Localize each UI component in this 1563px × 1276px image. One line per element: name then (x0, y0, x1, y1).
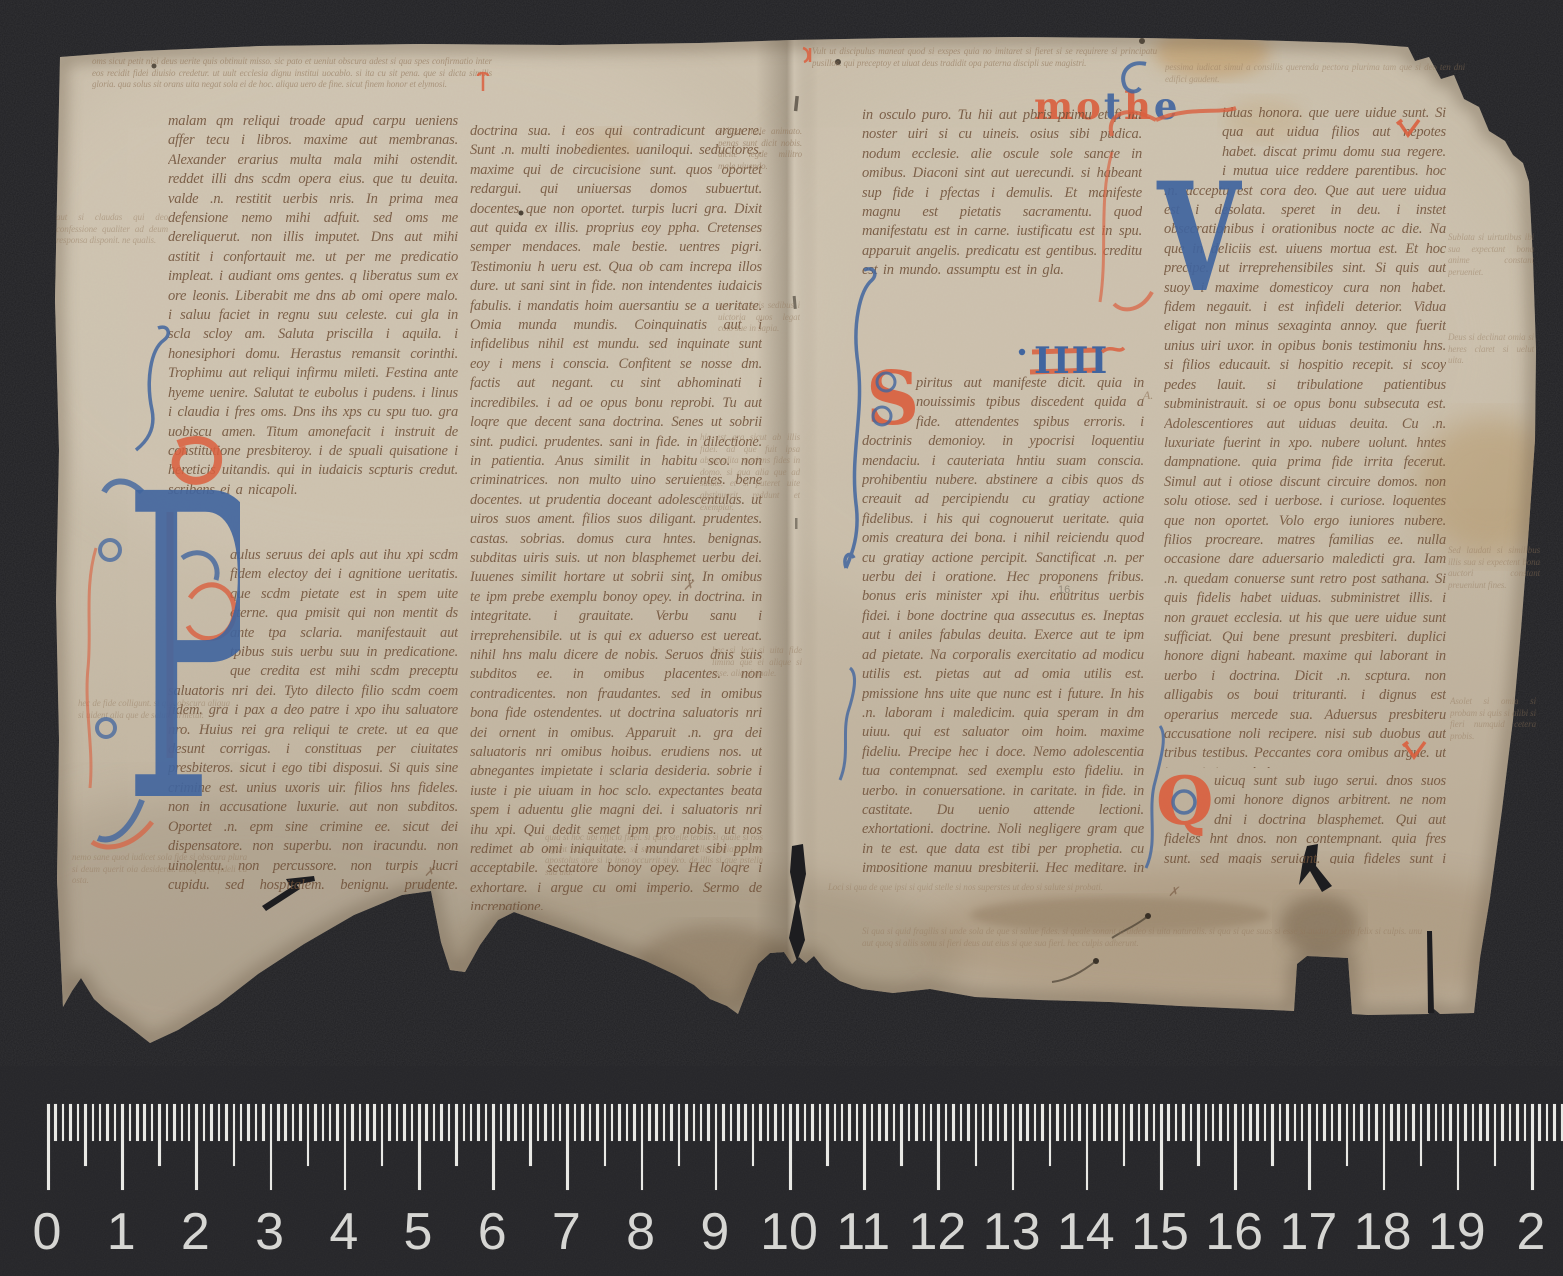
ruler-tick (544, 1104, 547, 1141)
ruler-tick (641, 1104, 644, 1190)
ruler-tick (633, 1104, 636, 1141)
ruler-tick (492, 1104, 495, 1190)
ruler-tick (1071, 1104, 1074, 1141)
ruler-number: 19 (1428, 1206, 1486, 1258)
ruler-tick (1026, 1104, 1029, 1141)
ruler-tick (537, 1104, 540, 1141)
ruler-tick (1360, 1104, 1363, 1141)
ruler-tick (500, 1104, 503, 1141)
ruler-tick (574, 1104, 577, 1141)
ruler-tick (299, 1104, 302, 1141)
ruler-tick (1004, 1104, 1007, 1141)
ruler-tick (507, 1104, 510, 1141)
ruler-tick (655, 1104, 658, 1141)
ruler-tick (247, 1104, 250, 1141)
ruler-number: 18 (1354, 1206, 1412, 1258)
manuscript-photograph: mothe malam qm reliqui troade apud carpu… (0, 0, 1563, 1276)
ruler-tick (1420, 1104, 1423, 1166)
ruler-tick (218, 1104, 221, 1141)
ruler-tick (129, 1104, 132, 1141)
ruler-tick (856, 1104, 859, 1141)
ruler-number: 8 (626, 1206, 655, 1258)
ruler-tick (952, 1104, 955, 1141)
ruler-number: 13 (983, 1206, 1041, 1258)
ruler-tick (1316, 1104, 1319, 1141)
ruler-tick (262, 1104, 265, 1141)
ruler-tick (900, 1104, 903, 1166)
ruler-tick (151, 1104, 154, 1141)
ruler-tick (470, 1104, 473, 1141)
ruler-tick (1190, 1104, 1193, 1141)
ruler-tick (552, 1104, 555, 1141)
ruler-tick (1353, 1104, 1356, 1141)
ruler-number: 7 (552, 1206, 581, 1258)
ruler-tick (893, 1104, 896, 1141)
ruler-tick (1234, 1104, 1237, 1190)
ruler-number: 16 (1205, 1206, 1263, 1258)
ruler-tick (1435, 1104, 1438, 1141)
ruler-tick (1346, 1104, 1349, 1166)
ruler-tick (930, 1104, 933, 1141)
ruler-number: 3 (255, 1206, 284, 1258)
ruler-tick (1494, 1104, 1497, 1166)
ruler-tick (923, 1104, 926, 1141)
ruler-number: 15 (1131, 1206, 1189, 1258)
ruler-tick (759, 1104, 762, 1141)
ruler-tick (796, 1104, 799, 1141)
ruler-tick (1449, 1104, 1452, 1141)
ruler-tick (1331, 1104, 1334, 1141)
ruler-tick (136, 1104, 139, 1141)
ruler-tick (685, 1104, 688, 1141)
ruler-tick (514, 1104, 517, 1141)
ruler-tick (158, 1104, 161, 1166)
ruler-number: 2 (1517, 1206, 1546, 1258)
ruler-tick (1138, 1104, 1141, 1141)
ruler-tick (477, 1104, 480, 1141)
ruler-tick (233, 1104, 236, 1166)
ruler-tick (559, 1104, 562, 1141)
ruler-tick (997, 1104, 1000, 1141)
ruler-tick (240, 1104, 243, 1141)
ruler-tick (84, 1104, 87, 1166)
ruler-tick (1160, 1104, 1163, 1190)
ruler-number: 17 (1279, 1206, 1337, 1258)
ruler-tick (166, 1104, 169, 1141)
ruler-tick (195, 1104, 198, 1190)
ruler-number: 5 (404, 1206, 433, 1258)
ruler-tick (1153, 1104, 1156, 1141)
ruler-tick (351, 1104, 354, 1141)
ruler-tick (804, 1104, 807, 1141)
ruler-tick (1197, 1104, 1200, 1166)
ruler-tick (774, 1104, 777, 1141)
ruler-tick (700, 1104, 703, 1141)
ruler-number: 9 (700, 1206, 729, 1258)
ruler-tick (1294, 1104, 1297, 1141)
ruler-tick (707, 1104, 710, 1141)
ruler-tick (277, 1104, 280, 1141)
ruler-tick (1130, 1104, 1133, 1141)
ruler-tick (982, 1104, 985, 1141)
ruler-number: 6 (478, 1206, 507, 1258)
ruler-tick (596, 1104, 599, 1141)
ruler-tick (1205, 1104, 1208, 1141)
ruler-tick (522, 1104, 525, 1141)
ruler-tick (730, 1104, 733, 1141)
ruler-tick (937, 1104, 940, 1190)
ruler-tick (1078, 1104, 1081, 1141)
ruler-tick (292, 1104, 295, 1141)
ruler-tick (722, 1104, 725, 1141)
ruler-tick (1338, 1104, 1341, 1141)
ruler-tick (1086, 1104, 1089, 1190)
ruler-tick (114, 1104, 117, 1141)
ruler-tick (455, 1104, 458, 1166)
ruler-tick (143, 1104, 146, 1141)
ruler-tick (373, 1104, 376, 1141)
ruler-tick (322, 1104, 325, 1141)
ruler-tick (960, 1104, 963, 1141)
ruler-tick (381, 1104, 384, 1166)
ruler-tick (1093, 1104, 1096, 1141)
ruler-tick (811, 1104, 814, 1141)
ruler-tick (611, 1104, 614, 1141)
ruler-tick (181, 1104, 184, 1141)
ruler-tick (1049, 1104, 1052, 1166)
ruler-tick (1123, 1104, 1126, 1166)
ruler-tick (767, 1104, 770, 1141)
ruler-tick (1405, 1104, 1408, 1141)
ruler-tick (1390, 1104, 1393, 1141)
ruler-tick (945, 1104, 948, 1141)
ruler-tick (1286, 1104, 1289, 1141)
ruler-tick (433, 1104, 436, 1141)
ruler-tick (329, 1104, 332, 1141)
ruler-tick (618, 1104, 621, 1141)
ruler-tick (463, 1104, 466, 1141)
ruler-number: 0 (33, 1206, 62, 1258)
ruler-tick (418, 1104, 421, 1190)
ruler-tick (255, 1104, 258, 1141)
ruler-tick (1546, 1104, 1549, 1141)
ruler-tick (789, 1104, 792, 1190)
ruler-tick (1256, 1104, 1259, 1141)
ruler-tick (403, 1104, 406, 1141)
ruler-tick (566, 1104, 569, 1190)
ruler-number: 1 (107, 1206, 136, 1258)
ruler-tick (1323, 1104, 1326, 1141)
ruler-number: 10 (760, 1206, 818, 1258)
ruler-tick (744, 1104, 747, 1141)
ruler-tick (915, 1104, 918, 1141)
ruler-tick (69, 1104, 72, 1141)
ruler-tick (1219, 1104, 1222, 1141)
measurement-ruler: 0123456789101112131415161718192 (0, 0, 1563, 1276)
ruler-tick (1472, 1104, 1475, 1141)
ruler-tick (1531, 1104, 1534, 1190)
ruler-tick (1012, 1104, 1015, 1190)
ruler-tick (826, 1104, 829, 1166)
ruler-tick (737, 1104, 740, 1141)
ruler-tick (425, 1104, 428, 1141)
ruler-tick (782, 1104, 785, 1141)
ruler-tick (336, 1104, 339, 1141)
ruler-tick (1464, 1104, 1467, 1141)
ruler-tick (1553, 1104, 1556, 1141)
ruler-tick (485, 1104, 488, 1141)
ruler-tick (1115, 1104, 1118, 1141)
ruler-tick (678, 1104, 681, 1166)
ruler-tick (314, 1104, 317, 1141)
ruler-tick (1486, 1104, 1489, 1141)
ruler-tick (188, 1104, 191, 1141)
ruler-tick (871, 1104, 874, 1141)
ruler-tick (1227, 1104, 1230, 1141)
ruler-tick (1375, 1104, 1378, 1141)
ruler-tick (1041, 1104, 1044, 1141)
ruler-tick (307, 1104, 310, 1166)
ruler-tick (1442, 1104, 1445, 1141)
ruler-tick (366, 1104, 369, 1141)
ruler-number: 4 (329, 1206, 358, 1258)
ruler-tick (1516, 1104, 1519, 1141)
ruler-tick (121, 1104, 124, 1190)
ruler-tick (1064, 1104, 1067, 1141)
ruler-tick (1271, 1104, 1274, 1166)
ruler-tick (878, 1104, 881, 1141)
ruler-tick (863, 1104, 866, 1190)
ruler-number: 12 (908, 1206, 966, 1258)
ruler-tick (1167, 1104, 1170, 1141)
ruler-tick (448, 1104, 451, 1141)
ruler-tick (1368, 1104, 1371, 1141)
ruler-tick (848, 1104, 851, 1141)
ruler-tick (1242, 1104, 1245, 1141)
ruler-tick (77, 1104, 80, 1141)
ruler-tick (1019, 1104, 1022, 1141)
ruler-tick (693, 1104, 696, 1141)
ruler-tick (62, 1104, 65, 1141)
ruler-tick (581, 1104, 584, 1141)
ruler-tick (1108, 1104, 1111, 1141)
ruler-tick (1249, 1104, 1252, 1141)
ruler-tick (411, 1104, 414, 1141)
ruler-tick (1383, 1104, 1386, 1190)
ruler-tick (210, 1104, 213, 1141)
ruler-tick (1145, 1104, 1148, 1141)
ruler-tick (106, 1104, 109, 1141)
ruler-tick (1175, 1104, 1178, 1141)
ruler-tick (1264, 1104, 1267, 1141)
ruler-tick (819, 1104, 822, 1141)
ruler-number: 14 (1057, 1206, 1115, 1258)
ruler-tick (1479, 1104, 1482, 1141)
ruler-tick (670, 1104, 673, 1141)
ruler-tick (1212, 1104, 1215, 1141)
ruler-tick (92, 1104, 95, 1141)
ruler-tick (834, 1104, 837, 1141)
ruler-tick (284, 1104, 287, 1141)
ruler-tick (1279, 1104, 1282, 1141)
ruler-tick (1034, 1104, 1037, 1141)
ruler-tick (1524, 1104, 1527, 1141)
ruler-tick (388, 1104, 391, 1141)
ruler-tick (99, 1104, 102, 1141)
ruler-tick (1509, 1104, 1512, 1141)
ruler-tick (270, 1104, 273, 1190)
ruler-tick (1538, 1104, 1541, 1141)
ruler-tick (1301, 1104, 1304, 1141)
ruler-tick (1182, 1104, 1185, 1141)
ruler-tick (885, 1104, 888, 1141)
ruler-number: 2 (181, 1206, 210, 1258)
ruler-tick (359, 1104, 362, 1141)
ruler-tick (663, 1104, 666, 1141)
ruler-tick (173, 1104, 176, 1141)
ruler-tick (589, 1104, 592, 1141)
ruler-tick (54, 1104, 57, 1141)
ruler-tick (967, 1104, 970, 1141)
ruler-tick (203, 1104, 206, 1141)
ruler-tick (225, 1104, 228, 1141)
ruler-tick (1457, 1104, 1460, 1190)
ruler-tick (1397, 1104, 1400, 1141)
ruler-tick (752, 1104, 755, 1166)
ruler-tick (1412, 1104, 1415, 1141)
ruler-tick (604, 1104, 607, 1166)
ruler-tick (47, 1104, 50, 1190)
ruler-tick (1101, 1104, 1104, 1141)
ruler-tick (841, 1104, 844, 1141)
ruler-tick (529, 1104, 532, 1166)
ruler-tick (908, 1104, 911, 1141)
ruler-number: 11 (836, 1206, 890, 1258)
ruler-tick (396, 1104, 399, 1141)
ruler-tick (626, 1104, 629, 1141)
ruler-tick (1501, 1104, 1504, 1141)
ruler-tick (648, 1104, 651, 1141)
ruler-tick (1427, 1104, 1430, 1141)
ruler-tick (989, 1104, 992, 1141)
ruler-tick (1308, 1104, 1311, 1190)
ruler-tick (440, 1104, 443, 1141)
ruler-tick (715, 1104, 718, 1190)
ruler-tick (344, 1104, 347, 1190)
ruler-tick (1056, 1104, 1059, 1141)
ruler-tick (975, 1104, 978, 1166)
